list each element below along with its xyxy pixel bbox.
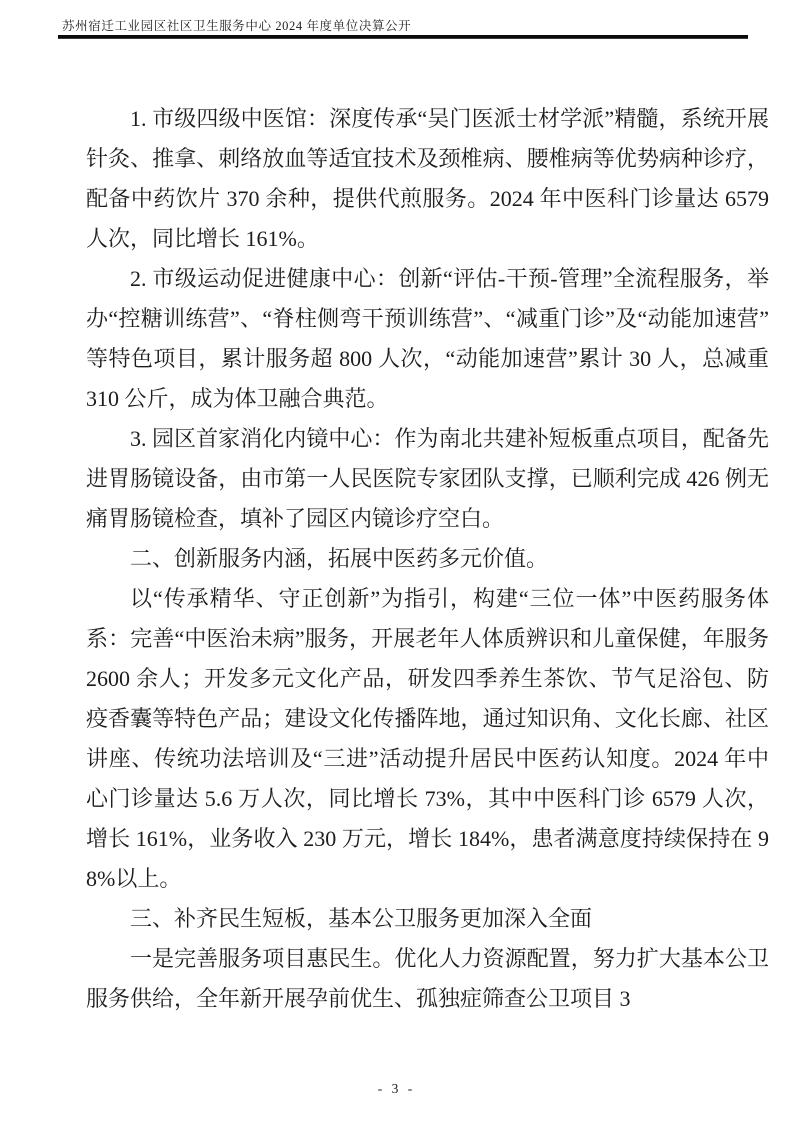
document-body: 1. 市级四级中医馆：深度传承“吴门医派士材学派”精髓，系统开展针灸、推拿、刺络… (86, 99, 769, 1019)
document-page: 苏州宿迁工业园区社区卫生服务中心 2024 年度单位决算公开 1. 市级四级中医… (0, 0, 793, 1122)
page-header-title: 苏州宿迁工业园区社区卫生服务中心 2024 年度单位决算公开 (62, 16, 411, 34)
paragraph-3-xiaohua-neijing: 3. 园区首家消化内镜中心：作为南北共建补短板重点项目，配备先进胃肠镜设备，由市… (86, 419, 769, 539)
section-heading-3-minsheng-duanban: 三、补齐民生短板，基本公卫服务更加深入全面 (86, 899, 769, 939)
section-heading-2-chuangxin-fuwu: 二、创新服务内涵，拓展中医药多元价值。 (86, 539, 769, 579)
paragraph-2-yundong-jiankang: 2. 市级运动促进健康中心：创新“评估-干预-管理”全流程服务，举办“控糖训练营… (86, 259, 769, 419)
paragraph-5-zhongyiyao-tixi: 以“传承精华、守正创新”为指引，构建“三位一体”中医药服务体系：完善“中医治未病… (86, 579, 769, 899)
page-number: - 3 - (378, 1081, 416, 1096)
page-footer: - 3 - (0, 1080, 793, 1098)
header-rule-divider (58, 35, 748, 39)
paragraph-7-fuwu-xiangmu: 一是完善服务项目惠民生。优化人力资源配置，努力扩大基本公卫服务供给，全年新开展孕… (86, 939, 769, 1019)
paragraph-1-zhongyiguan: 1. 市级四级中医馆：深度传承“吴门医派士材学派”精髓，系统开展针灸、推拿、刺络… (86, 99, 769, 259)
